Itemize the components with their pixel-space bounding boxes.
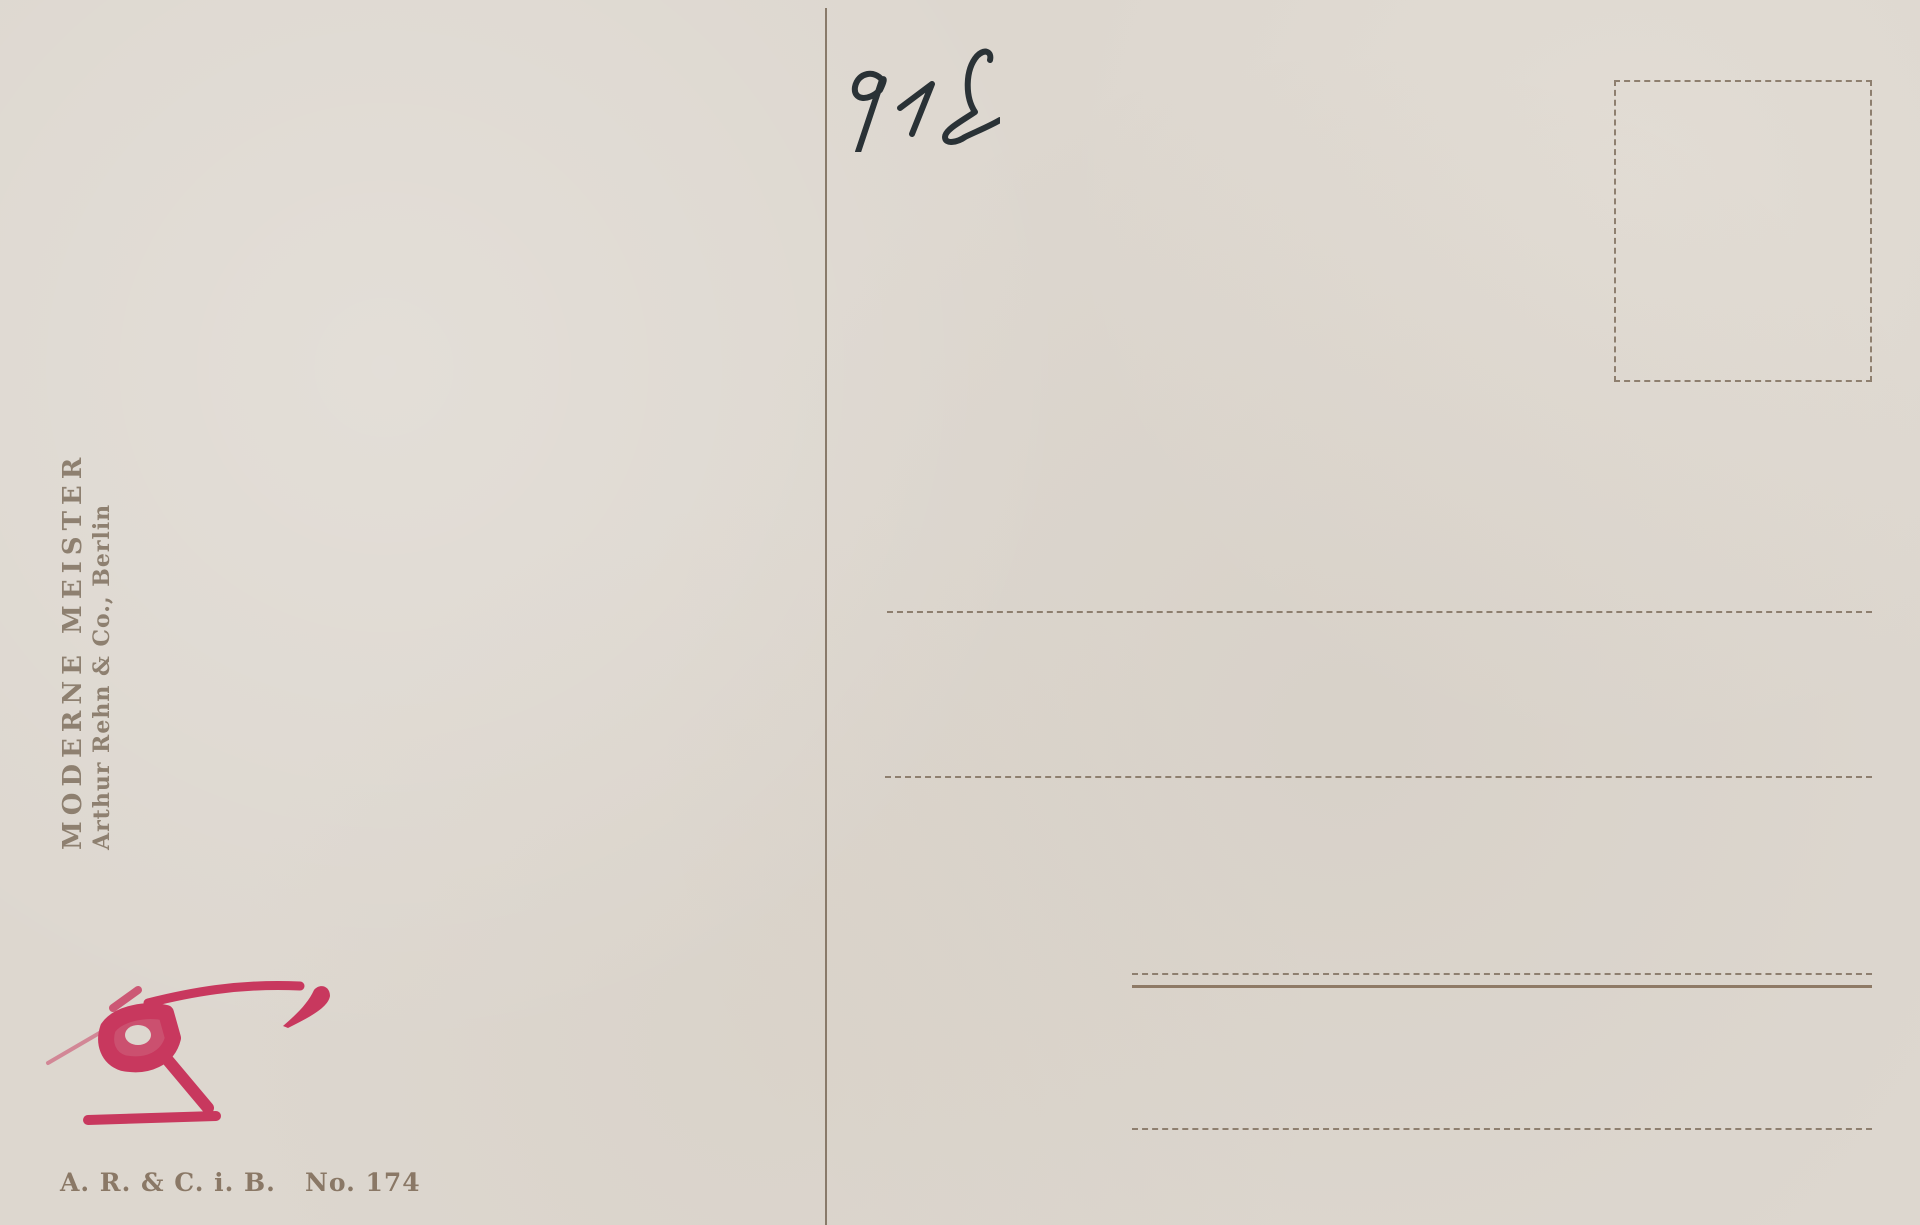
address-line-3-dotted bbox=[1132, 973, 1872, 975]
series-title: MODERNE MEISTER bbox=[58, 452, 88, 850]
catalog-code: A. R. & C. i. B. No. 174 bbox=[60, 1168, 421, 1197]
handwritten-note-91L bbox=[840, 42, 1000, 152]
address-line-4 bbox=[1132, 1128, 1872, 1130]
red-ink-mark-icon bbox=[38, 968, 338, 1128]
postcard-back: MODERNE MEISTER Arthur Rehn & Co., Berli… bbox=[0, 0, 1920, 1225]
center-divider-line bbox=[825, 8, 827, 1225]
address-line-3-solid bbox=[1132, 985, 1872, 988]
address-line-1 bbox=[887, 611, 1872, 613]
publisher-imprint: MODERNE MEISTER Arthur Rehn & Co., Berli… bbox=[58, 452, 116, 850]
publisher-name: Arthur Rehn & Co., Berlin bbox=[88, 452, 116, 850]
stamp-placement-box bbox=[1614, 80, 1872, 382]
address-line-2 bbox=[885, 776, 1872, 778]
